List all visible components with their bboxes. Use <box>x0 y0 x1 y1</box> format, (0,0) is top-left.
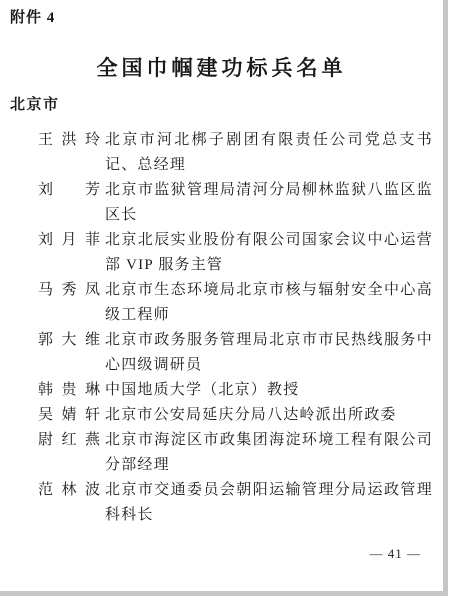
entry-name: 吴婧轩 <box>38 403 100 428</box>
entry-row: 韩贵琳 中国地质大学（北京）教授 <box>38 378 433 403</box>
entry-description: 北京市生态环境局北京市核与辐射安全中心高级工程师 <box>105 278 433 328</box>
entry-description: 北京市交通委员会朝阳运输管理分局运政管理科科长 <box>105 478 433 528</box>
entry-name: 范林波 <box>38 478 100 503</box>
entry-name: 王洪玲 <box>38 128 100 153</box>
entry-name: 尉红燕 <box>38 428 100 453</box>
entry-name: 韩贵琳 <box>38 378 100 403</box>
entry-description: 北京市政务服务管理局北京市市民热线服务中心四级调研员 <box>105 328 433 378</box>
section-heading-beijing: 北京市 <box>10 95 443 115</box>
entry-description: 中国地质大学（北京）教授 <box>105 378 433 403</box>
entry-name: 刘芳 <box>38 178 100 203</box>
entry-description: 北京市公安局延庆分局八达岭派出所政委 <box>105 403 433 428</box>
entry-name: 郭大维 <box>38 328 100 353</box>
attachment-label: 附件 4 <box>10 8 443 28</box>
document-page: 附件 4 全国巾帼建功标兵名单 北京市 王洪玲 北京市河北梆子剧团有限责任公司党… <box>0 0 448 596</box>
entry-row: 王洪玲 北京市河北梆子剧团有限责任公司党总支书记、总经理 <box>38 128 433 178</box>
entry-name: 刘月菲 <box>38 228 100 253</box>
entry-description: 北京北辰实业股份有限公司国家会议中心运营部 VIP 服务主管 <box>105 228 433 278</box>
entry-description: 北京市河北梆子剧团有限责任公司党总支书记、总经理 <box>105 128 433 178</box>
entry-description: 北京市监狱管理局清河分局柳林监狱八监区监区长 <box>105 178 433 228</box>
entry-row: 范林波 北京市交通委员会朝阳运输管理分局运政管理科科长 <box>38 478 433 528</box>
entry-row: 刘芳 北京市监狱管理局清河分局柳林监狱八监区监区长 <box>38 178 433 228</box>
entry-row: 马秀凤 北京市生态环境局北京市核与辐射安全中心高级工程师 <box>38 278 433 328</box>
entry-row: 吴婧轩 北京市公安局延庆分局八达岭派出所政委 <box>38 403 433 428</box>
entry-name: 马秀凤 <box>38 278 100 303</box>
entry-row: 尉红燕 北京市海淀区市政集团海淀环境工程有限公司分部经理 <box>38 428 433 478</box>
document-title: 全国巾帼建功标兵名单 <box>0 55 443 81</box>
entry-row: 刘月菲 北京北辰实业股份有限公司国家会议中心运营部 VIP 服务主管 <box>38 228 433 278</box>
page-number: — 41 — <box>370 546 422 562</box>
entry-description: 北京市海淀区市政集团海淀环境工程有限公司分部经理 <box>105 428 433 478</box>
entry-row: 郭大维 北京市政务服务管理局北京市市民热线服务中心四级调研员 <box>38 328 433 378</box>
entries-list: 王洪玲 北京市河北梆子剧团有限责任公司党总支书记、总经理 刘芳 北京市监狱管理局… <box>38 128 433 528</box>
